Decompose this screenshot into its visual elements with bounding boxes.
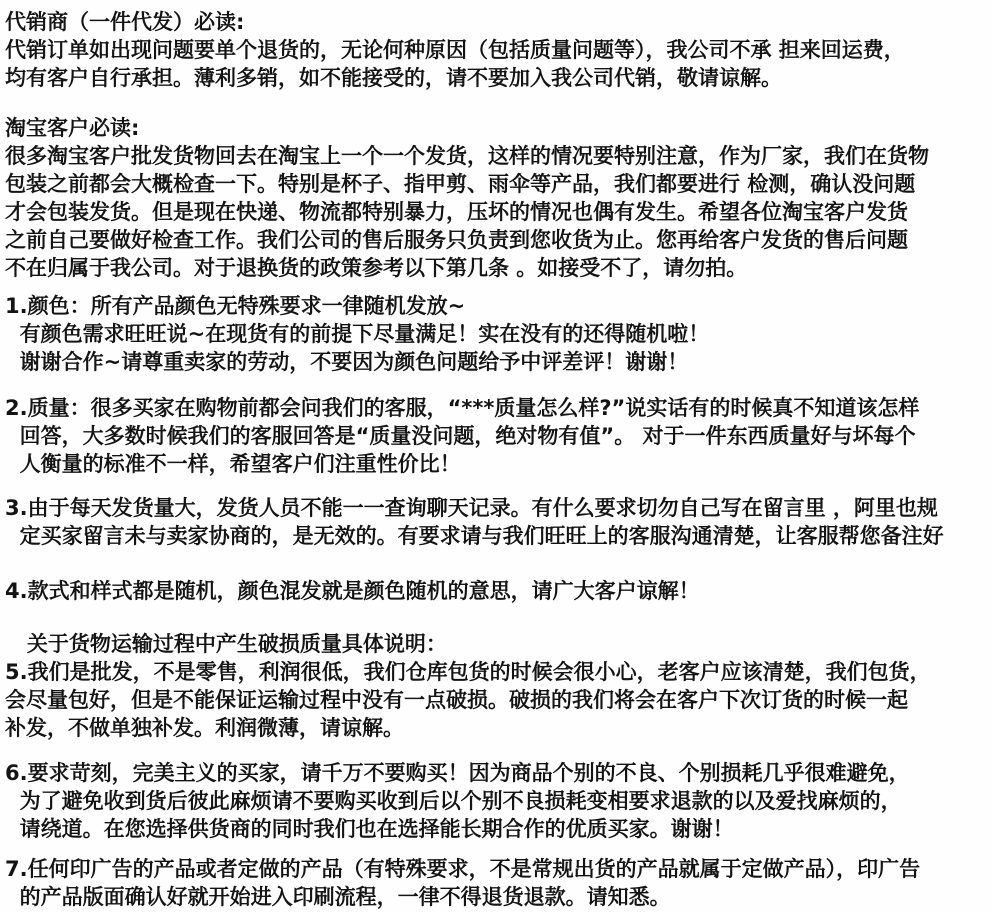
text-line: 有颜色需求旺旺说~在现货有的前提下尽量满足！实在没有的还得随机啦！ xyxy=(5,320,988,348)
text-line: 代销商（一件代发）必读: xyxy=(5,8,988,36)
text-line: 回答，大多数时候我们的客服回答是“质量没问题，绝对物有值”。 对于一件东西质量好… xyxy=(5,422,988,450)
text-line: 6.要求苛刻，完美主义的买家，请千万不要购买！因为商品个别的不良、个别损耗几乎很… xyxy=(5,759,988,787)
text-line: 均有客户自行承担。薄利多销，如不能接受的，请不要加入我公司代销，敬请谅解。 xyxy=(5,64,988,92)
item-4-random-style: 4.款式和样式都是随机，颜色混发就是颜色随机的意思，请广大客户谅解！ xyxy=(5,577,988,605)
text-line: 很多淘宝客户批发货物回去在淘宝上一个一个发货，这样的情况要特别注意，作为厂家，我… xyxy=(5,142,988,170)
seller-notice-document: 代销商（一件代发）必读: 代销订单如出现问题要单个退货的，无论何种原因（包括质量… xyxy=(0,0,992,913)
text-line: 会尽量包好，但是不能保证运输过程中没有一点破损。破损的我们将会在客户下次订货的时… xyxy=(5,686,988,714)
item-2-quality: 2.质量：很多买家在购物前都会问我们的客服，“***质量怎么样?”说实话有的时候… xyxy=(5,394,988,478)
taobao-customer-notice: 淘宝客户必读: 很多淘宝客户批发货物回去在淘宝上一个一个发货，这样的情况要特别注… xyxy=(5,114,988,282)
damage-note-heading: 关于货物运输过程中产生破损质量具体说明： xyxy=(5,630,988,658)
text-line: 3.由于每天发货量大，发货人员不能一一查询聊天记录。有什么要求切勿自己写在留言里… xyxy=(5,494,988,522)
item-7-custom-print: 7.任何印广告的产品或者定做的产品（有特殊要求，不是常规出货的产品就属于定做产品… xyxy=(5,855,988,911)
text-line: 补发，不做单独补发。利润微薄，请谅解。 xyxy=(5,714,988,742)
text-line: 不在归属于我公司。对于退换货的政策参考以下第几条 。如接受不了，请勿拍。 xyxy=(5,254,988,282)
text-line: 谢谢合作~请尊重卖家的劳动，不要因为颜色问题给予中评差评！谢谢！ xyxy=(5,348,988,376)
text-line: 为了避免收到货后彼此麻烦请不要购买收到后以个别不良损耗变相要求退款的以及爱找麻烦… xyxy=(5,787,988,815)
text-line: 人衡量的标准不一样，希望客户们注重性价比！ xyxy=(5,450,988,478)
item-6-picky-buyers: 6.要求苛刻，完美主义的买家，请千万不要购买！因为商品个别的不良、个别损耗几乎很… xyxy=(5,759,988,843)
item-5-wholesale-damage: 5.我们是批发，不是零售，利润很低，我们仓库包货的时候会很小心，老客户应该清楚，… xyxy=(5,658,988,742)
text-line: 2.质量：很多买家在购物前都会问我们的客服，“***质量怎么样?”说实话有的时候… xyxy=(5,394,988,422)
distributor-notice: 代销商（一件代发）必读: 代销订单如出现问题要单个退货的，无论何种原因（包括质量… xyxy=(5,8,988,92)
text-line: 请绕道。在您选择供货商的同时我们也在选择能长期合作的优质买家。谢谢！ xyxy=(5,815,988,843)
text-line: 1.颜色：所有产品颜色无特殊要求一律随机发放~ xyxy=(5,292,988,320)
section-heading: 关于货物运输过程中产生破损质量具体说明： xyxy=(5,630,988,658)
text-line: 代销订单如出现问题要单个退货的，无论何种原因（包括质量问题等），我公司不承 担来… xyxy=(5,36,988,64)
text-line: 4.款式和样式都是随机，颜色混发就是颜色随机的意思，请广大客户谅解！ xyxy=(5,577,988,605)
text-line: 淘宝客户必读: xyxy=(5,114,988,142)
text-line: 的产品版面确认好就开始进入印刷流程，一律不得退货退款。请知悉。 xyxy=(5,883,988,911)
item-1-color: 1.颜色：所有产品颜色无特殊要求一律随机发放~ 有颜色需求旺旺说~在现货有的前提… xyxy=(5,292,988,376)
item-3-order-notes: 3.由于每天发货量大，发货人员不能一一查询聊天记录。有什么要求切勿自己写在留言里… xyxy=(5,494,988,550)
text-line: 包装之前都会大概检查一下。特别是杯子、指甲剪、雨伞等产品，我们都要进行 检测，确… xyxy=(5,170,988,198)
text-line: 7.任何印广告的产品或者定做的产品（有特殊要求，不是常规出货的产品就属于定做产品… xyxy=(5,855,988,883)
text-line: 定买家留言未与卖家协商的，是无效的。有要求请与我们旺旺上的客服沟通清楚，让客服帮… xyxy=(5,522,988,550)
text-line: 5.我们是批发，不是零售，利润很低，我们仓库包货的时候会很小心，老客户应该清楚，… xyxy=(5,658,988,686)
text-line: 之前自己要做好检查工作。我们公司的售后服务只负责到您收货为止。您再给客户发货的售… xyxy=(5,226,988,254)
text-line: 才会包装发货。但是现在快递、物流都特别暴力，压坏的情况也偶有发生。希望各位淘宝客… xyxy=(5,198,988,226)
